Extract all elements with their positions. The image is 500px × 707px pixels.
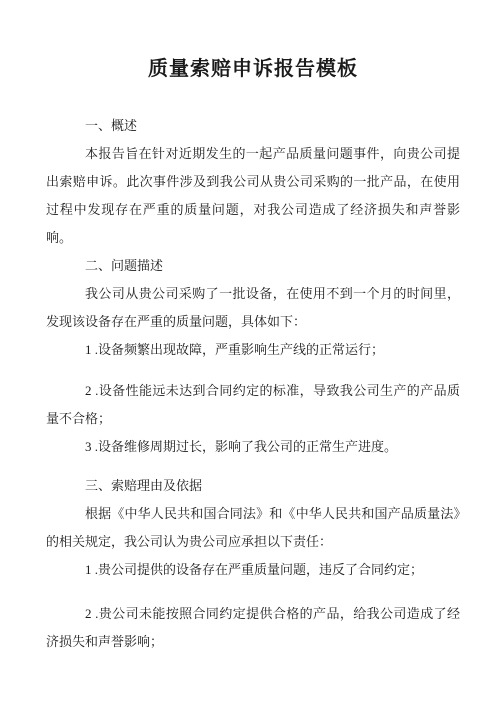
section-heading: 三、索赔理由及依据: [46, 472, 460, 500]
section-problem-description: 二、问题描述 我公司从贵公司采购了一批设备，在使用不到一个月的时间里，发现该设备…: [46, 252, 460, 461]
document-title: 质量索赔申诉报告模板: [46, 54, 460, 84]
body-paragraph: 根据《中华人民共和国合同法》和《中华人民共和国产品质量法》的相关规定，我公司认为…: [46, 500, 460, 556]
section-overview: 一、概述 本报告旨在针对近期发生的一起产品质量问题事件，向贵公司提出索赔申诉。此…: [46, 112, 460, 252]
list-item: 1 .设备频繁出现故障，严重影响生产线的正常运行；: [46, 336, 460, 364]
section-heading: 二、问题描述: [46, 252, 460, 280]
section-heading: 一、概述: [46, 112, 460, 140]
body-paragraph: 本报告旨在针对近期发生的一起产品质量问题事件，向贵公司提出索赔申诉。此次事件涉及…: [46, 140, 460, 252]
body-paragraph: 我公司从贵公司采购了一批设备，在使用不到一个月的时间里，发现该设备存在严重的质量…: [46, 280, 460, 336]
list-item: 3 .设备维修周期过长，影响了我公司的正常生产进度。: [46, 433, 460, 461]
section-claim-grounds: 三、索赔理由及依据 根据《中华人民共和国合同法》和《中华人民共和国产品质量法》的…: [46, 472, 460, 656]
list-item: 2 .贵公司未能按照合同约定提供合格的产品，给我公司造成了经济损失和声誉影响；: [46, 600, 460, 656]
list-item: 2 .设备性能远未达到合同约定的标准，导致我公司生产的产品质量不合格；: [46, 377, 460, 433]
document-page: 质量索赔申诉报告模板 一、概述 本报告旨在针对近期发生的一起产品质量问题事件，向…: [0, 0, 500, 707]
list-item: 1 .贵公司提供的设备存在严重质量问题，违反了合同约定；: [46, 556, 460, 584]
